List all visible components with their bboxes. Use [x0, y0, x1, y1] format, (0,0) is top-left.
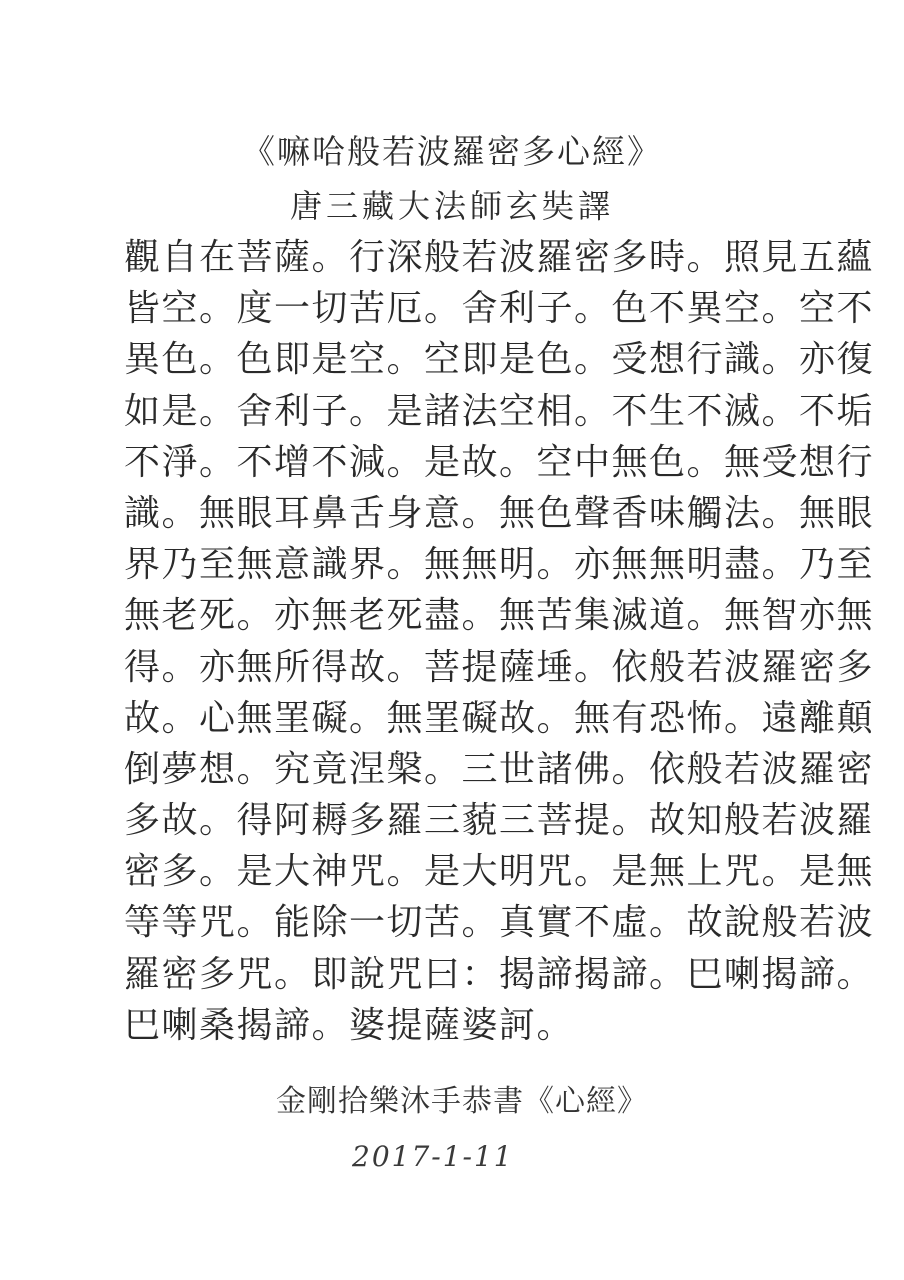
body-line: 得。亦無所得故。菩提薩埵。依般若波羅密多 [124, 642, 784, 693]
body-line: 等等咒。能除一切苦。真實不虛。故說般若波 [124, 897, 784, 948]
body-line: 多故。得阿耨多羅三藐三菩提。故知般若波羅 [124, 795, 784, 846]
handwritten-sutra-page: 《嘛哈般若波羅密多心經》 唐三藏大法師玄奘譯 觀自在菩薩。行深般若波羅密多時。照… [0, 0, 904, 1280]
body-line: 不淨。不增不減。是故。空中無色。無受想行 [124, 437, 784, 488]
body-line: 如是。舍利子。是諸法空相。不生不滅。不垢 [124, 386, 784, 437]
written-date: 2017-1-11 [352, 1140, 514, 1173]
sutra-body: 觀自在菩薩。行深般若波羅密多時。照見五蘊 皆空。度一切苦厄。舍利子。色不異空。空… [124, 232, 784, 1051]
body-line: 皆空。度一切苦厄。舍利子。色不異空。空不 [124, 283, 784, 334]
body-line: 識。無眼耳鼻舌身意。無色聲香味觸法。無眼 [124, 488, 784, 539]
body-line: 觀自在菩薩。行深般若波羅密多時。照見五蘊 [124, 232, 784, 283]
body-line: 倒夢想。究竟涅槃。三世諸佛。依般若波羅密 [124, 744, 784, 795]
calligrapher-signature: 金剛拾樂沐手恭書《心經》 [0, 1076, 904, 1120]
body-line: 故。心無罣礙。無罣礙故。無有恐怖。遠離顛 [124, 693, 784, 744]
body-line: 巴喇桑揭諦。婆提薩婆訶。 [124, 1000, 784, 1051]
body-line: 無老死。亦無老死盡。無苦集滅道。無智亦無 [124, 590, 784, 641]
body-line: 密多。是大神咒。是大明咒。是無上咒。是無 [124, 846, 784, 897]
body-line: 羅密多咒。即說咒曰：揭諦揭諦。巴喇揭諦。 [124, 949, 784, 1000]
translator-line: 唐三藏大法師玄奘譯 [0, 181, 904, 227]
sutra-title: 《嘛哈般若波羅密多心經》 [0, 126, 904, 173]
body-line: 異色。色即是空。空即是色。受想行識。亦復 [124, 334, 784, 385]
body-line: 界乃至無意識界。無無明。亦無無明盡。乃至 [124, 539, 784, 590]
